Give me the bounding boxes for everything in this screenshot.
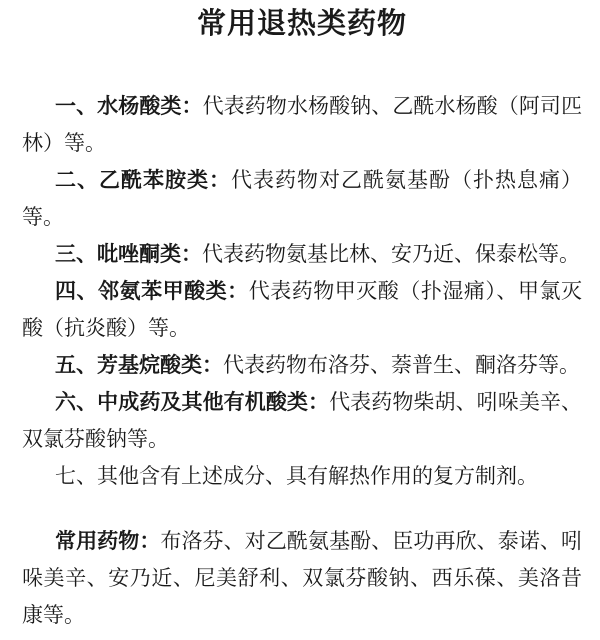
summary-label: 常用药物： [55, 529, 160, 553]
list-item-6: 六、中成药及其他有机酸类：代表药物柴胡、吲哚美辛、双氯芬酸钠等。 [22, 384, 582, 458]
item-label: 三、吡唑酮类： [55, 242, 202, 266]
summary-paragraph: 常用药物：布洛芬、对乙酰氨基酚、臣功再欣、泰诺、吲哚美辛、安乃近、尼美舒利、双氯… [22, 523, 582, 634]
item-label: 六、中成药及其他有机酸类： [55, 390, 329, 414]
item-text: 七、其他含有上述成分、具有解热作用的复方制剂。 [55, 464, 538, 488]
item-label: 五、芳基烷酸类： [55, 353, 223, 377]
item-label: 二、乙酰苯胺类： [55, 168, 231, 192]
list-item-2: 二、乙酰苯胺类：代表药物对乙酰氨基酚（扑热息痛）等。 [22, 162, 582, 236]
page-title: 常用退热类药物 [22, 4, 582, 44]
item-text: 代表药物布洛芬、萘普生、酮洛芬等。 [223, 353, 580, 377]
item-label: 四、邻氨苯甲酸类： [55, 279, 249, 303]
list-item-4: 四、邻氨苯甲酸类：代表药物甲灭酸（扑湿痛）、甲氯灭酸（抗炎酸）等。 [22, 273, 582, 347]
item-text: 代表药物氨基比林、安乃近、保泰松等。 [202, 242, 580, 266]
list-item-5: 五、芳基烷酸类：代表药物布洛芬、萘普生、酮洛芬等。 [22, 347, 582, 384]
item-label: 一、水杨酸类： [55, 94, 203, 118]
list-item-7: 七、其他含有上述成分、具有解热作用的复方制剂。 [22, 458, 582, 495]
document-page: 常用退热类药物 一、水杨酸类：代表药物水杨酸钠、乙酰水杨酸（阿司匹林）等。 二、… [0, 0, 600, 640]
list-item-3: 三、吡唑酮类：代表药物氨基比林、安乃近、保泰松等。 [22, 236, 582, 273]
list-item-1: 一、水杨酸类：代表药物水杨酸钠、乙酰水杨酸（阿司匹林）等。 [22, 88, 582, 162]
